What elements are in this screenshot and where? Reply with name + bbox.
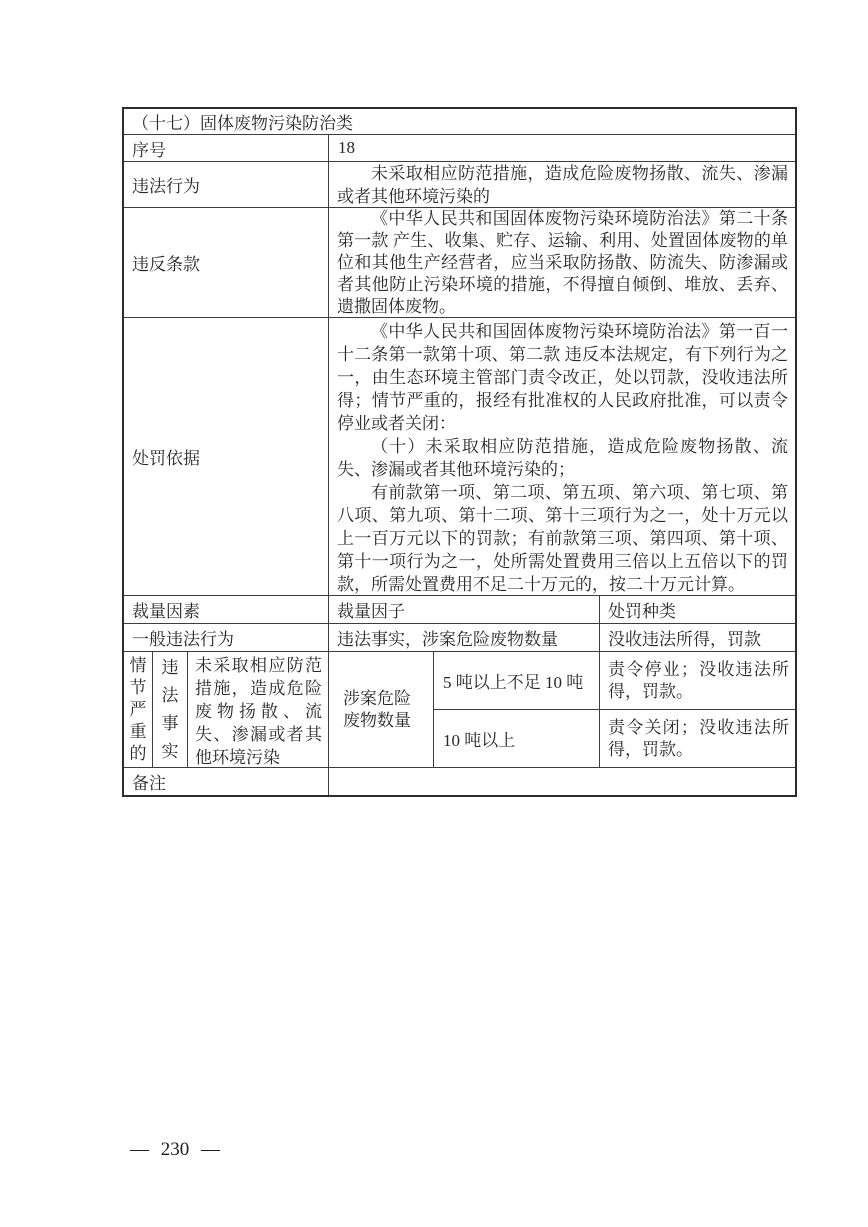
serial-value: 18 [338,138,355,158]
fact-label-vertical: 违法事实 [161,654,180,766]
violated-clause-label: 违反条款 [132,250,200,275]
section-header-cell: （十七）固体废物污染防治类 [124,109,795,134]
penalty-type-header-cell: 处罚种类 [600,596,795,623]
penalty-type-header-label: 处罚种类 [608,597,676,622]
severe-penalty-1: 责令停业；没收违法所得，罚款。 [600,659,795,703]
fact-label-cell: 违法事实 [153,652,188,767]
remark-value-cell [329,768,795,795]
penalty-basis-paragraph-2: （十）未采取相应防范措施，造成危险废物扬散、流失、渗漏或者其他环境污染的； [337,435,788,481]
violated-clause-label-cell: 违反条款 [124,208,329,317]
factor-header-label: 裁量因素 [132,597,200,622]
illegal-act-text-cell: 未采取相应防范措施，造成危险废物扬散、流失、渗漏或者其他环境污染的 [329,162,795,207]
severity-label-cell: 情节严重的 [124,652,153,767]
penalty-discretion-table: （十七）固体废物污染防治类 序号 18 违法行为 未采取相应防范措施，造成危险废… [122,107,797,797]
serial-row: 序号 18 [124,135,795,162]
quantity-range-2: 10 吨以上 [443,726,515,751]
violated-clause-text-cell: 《中华人民共和国固体废物污染环境防治法》第二十条第一款 产生、收集、贮存、运输、… [329,208,795,317]
illegal-act-label: 违法行为 [132,172,200,197]
severity-label-vertical: 情节严重的 [129,655,148,765]
sub-factor-header-label: 裁量因子 [337,597,405,622]
penalty-basis-row: 处罚依据 《中华人民共和国固体废物污染环境防治法》第一百一十二条第一款第十项、第… [124,318,795,596]
penalty-basis-label: 处罚依据 [132,444,200,469]
severe-penalty-2: 责令关闭；没收违法所得，罚款。 [600,717,795,761]
factor-header-cell: 裁量因素 [124,596,329,623]
remark-label-cell: 备注 [124,768,329,795]
quantity-range-cell-1: 5 吨以上不足 10 吨 [434,652,599,710]
section-header-row: （十七）固体废物污染防治类 [124,109,795,135]
general-violation-row: 一般违法行为 违法事实，涉案危险废物数量 没收违法所得，罚款 [124,624,795,652]
violated-clause-text: 《中华人民共和国固体废物污染环境防治法》第二十条第一款 产生、收集、贮存、运输、… [329,208,795,317]
penalty-basis-label-cell: 处罚依据 [124,318,329,595]
general-violation-penalty-cell: 没收违法所得，罚款 [600,624,795,651]
section-header-text: （十七）固体废物污染防治类 [132,109,353,134]
quantity-range-cell-2: 10 吨以上 [434,710,599,767]
violated-clause-row: 违反条款 《中华人民共和国固体废物污染环境防治法》第二十条第一款 产生、收集、贮… [124,208,795,318]
general-violation-label-cell: 一般违法行为 [124,624,329,651]
remark-label: 备注 [132,769,166,794]
serial-value-cell: 18 [329,135,795,161]
general-violation-penalty: 没收违法所得，罚款 [608,625,761,650]
document-page: （十七）固体废物污染防治类 序号 18 违法行为 未采取相应防范措施，造成危险废… [0,0,868,1227]
general-violation-factor: 违法事实，涉案危险废物数量 [337,625,558,650]
illegal-act-text: 未采取相应防范措施，造成危险废物扬散、流失、渗漏或者其他环境污染的 [329,162,795,207]
serial-label-cell: 序号 [124,135,329,161]
serial-label: 序号 [132,136,166,161]
illegal-act-row: 违法行为 未采取相应防范措施，造成危险废物扬散、流失、渗漏或者其他环境污染的 [124,162,795,208]
penalty-basis-text-cell: 《中华人民共和国固体废物污染环境防治法》第一百一十二条第一款第十项、第二款 违反… [329,318,795,595]
penalty-basis-paragraph-3: 有前款第一项、第二项、第五项、第六项、第七项、第八项、第九项、第十二项、第十三项… [337,481,788,595]
severe-penalty-column: 责令停业；没收违法所得，罚款。 责令关闭；没收违法所得，罚款。 [600,652,795,767]
general-violation-factor-cell: 违法事实，涉案危险废物数量 [329,624,600,651]
severe-penalty-cell-2: 责令关闭；没收违法所得，罚款。 [600,710,795,767]
fact-description-text: 未采取相应防范措施，造成危险废物扬散、流失、渗漏或者其他环境污染 [188,652,328,767]
illegal-act-label-cell: 违法行为 [124,162,329,207]
page-number: — 230 — [130,1139,220,1161]
fact-description-cell: 未采取相应防范措施，造成危险废物扬散、流失、渗漏或者其他环境污染 [188,652,329,767]
severe-violation-block: 情节严重的 违法事实 未采取相应防范措施，造成危险废物扬散、流失、渗漏或者其他环… [124,652,795,768]
general-violation-label: 一般违法行为 [132,625,234,650]
quantity-factor-cell: 涉案危险废物数量 [329,652,434,767]
quantity-factor-text: 涉案危险废物数量 [343,688,419,732]
quantity-range-1: 5 吨以上不足 10 吨 [443,668,583,693]
factors-header-row: 裁量因素 裁量因子 处罚种类 [124,596,795,624]
sub-factor-header-cell: 裁量因子 [329,596,600,623]
penalty-basis-paragraph-1: 《中华人民共和国固体废物污染环境防治法》第一百一十二条第一款第十项、第二款 违反… [337,320,788,435]
severe-penalty-cell-1: 责令停业；没收违法所得，罚款。 [600,652,795,710]
quantity-range-column: 5 吨以上不足 10 吨 10 吨以上 [434,652,600,767]
remark-row: 备注 [124,768,795,795]
